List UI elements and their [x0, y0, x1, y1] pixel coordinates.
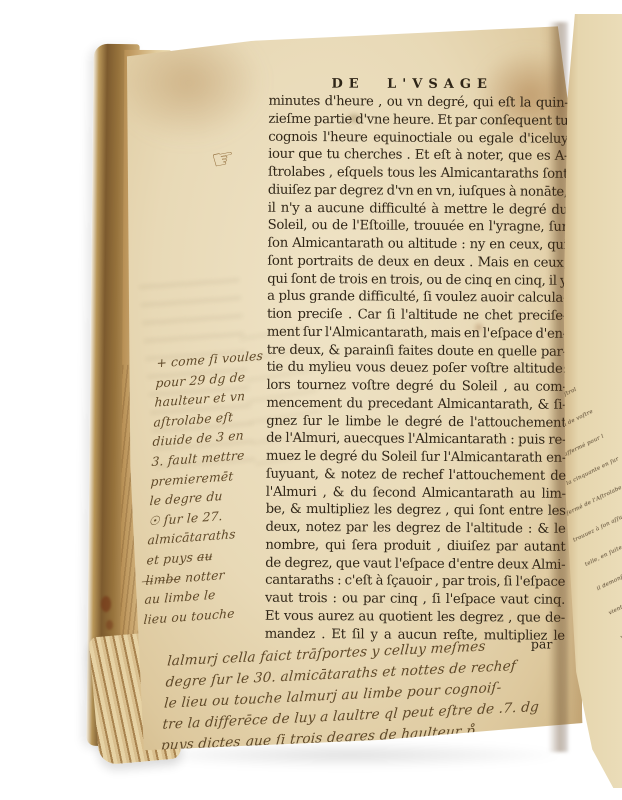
page-stain [113, 22, 265, 145]
printed-text-line: cognois l'heure equinoctiale ou egale d'… [268, 128, 568, 148]
printed-text-line: ſuyuant, & notez de rechef l'attouchemen… [266, 465, 566, 485]
printed-text-line: gnez ſur le limbe le degré de l'attouche… [266, 412, 566, 432]
spine-stain [106, 620, 113, 630]
manicule-icon: ☞ [209, 142, 238, 176]
book-page: DE L'VSAGE ☞ minutes d'heure , ou vn deg… [121, 22, 583, 756]
printed-text-line: mencement du precedant Almicantarath, & … [266, 394, 566, 414]
printed-text-line: ment ſur l'Almicantarath, mais en l'eſpa… [267, 323, 567, 343]
printed-text-line: de l'Almuri, auecques l'Almicantarath : … [266, 430, 566, 450]
printed-text-block: minutes d'heure , ou vn degré, qui eſt l… [265, 93, 569, 645]
printed-text-line: tion preciſe . Car ſi l'altitude ne chet… [267, 306, 567, 326]
printed-text-line: tie du mylieu vous deuez poſer voſtre al… [267, 359, 567, 379]
printed-text-line: iour que tu cherches . Et eſt à noter, q… [268, 146, 568, 166]
printed-text-line: nombre, qui ſera produit , diuiſez par a… [265, 536, 565, 556]
printed-text-line: ſont portraits de deux en deux . Mais en… [267, 252, 567, 272]
printed-text-line: Et vous aurez au quotient les degrez , q… [265, 607, 565, 627]
printed-text-line: a plus grande difficulté, ſi voulez auoi… [267, 288, 567, 308]
book-photo: DE L'VSAGE ☞ minutes d'heure , ou vn deg… [0, 0, 622, 800]
printed-text-line: deux, notez par les degrez de l'altitude… [265, 519, 565, 539]
printed-text-line: lors tournez voſtre degré du Soleil , au… [266, 377, 566, 397]
printed-text-line: vaut trois : ou par cinq , ſi l'eſpace v… [265, 590, 565, 610]
printed-text-line: qui ſont de trois en trois, ou de cinq e… [267, 270, 567, 290]
printed-text-line: cantaraths : c'eſt à ſçauoir , par trois… [265, 572, 565, 592]
printed-text-line: minutes d'heure , ou vn degré, qui eſt l… [268, 93, 568, 113]
printed-text-line: ſtrolabes , eſquels tous les Almicantara… [268, 164, 568, 184]
printed-text-line: be, & multipliez les degrez , qui ſont e… [266, 501, 566, 521]
printed-text-line: Soleil, ou de l'Eſtoille, trouuée en l'y… [268, 217, 568, 237]
running-header: DE L'VSAGE [262, 77, 562, 93]
printed-text-line: diuiſez par degrez d'vn en vn, iuſques à… [268, 181, 568, 201]
margin-annotations: + come ſi voulespour 29 dg dehaulteur et… [143, 345, 283, 630]
printed-text-line: l'Almuri , & du ſecond Almicantarath au … [266, 483, 566, 503]
printed-text-line: de degrez, que vaut l'eſpace d'entre deu… [265, 554, 565, 574]
printed-text-line: ſon Almicantarath ou altitude : ny en ce… [267, 235, 567, 255]
bottom-annotations: lalmurj cella faict trāſportes y celluy … [160, 631, 597, 757]
printed-text-line: zieſme partie d'vne heure. Et par conſeq… [268, 110, 568, 130]
spine-stain [101, 596, 111, 612]
printed-text-line: tre deux, & parainſi faites doute en que… [267, 341, 567, 361]
printed-text-line: il n'y a aucune difficulté à mettre le d… [268, 199, 568, 219]
printed-text-line: muez le degré du Soleil ſur l'Almicantar… [266, 448, 566, 468]
